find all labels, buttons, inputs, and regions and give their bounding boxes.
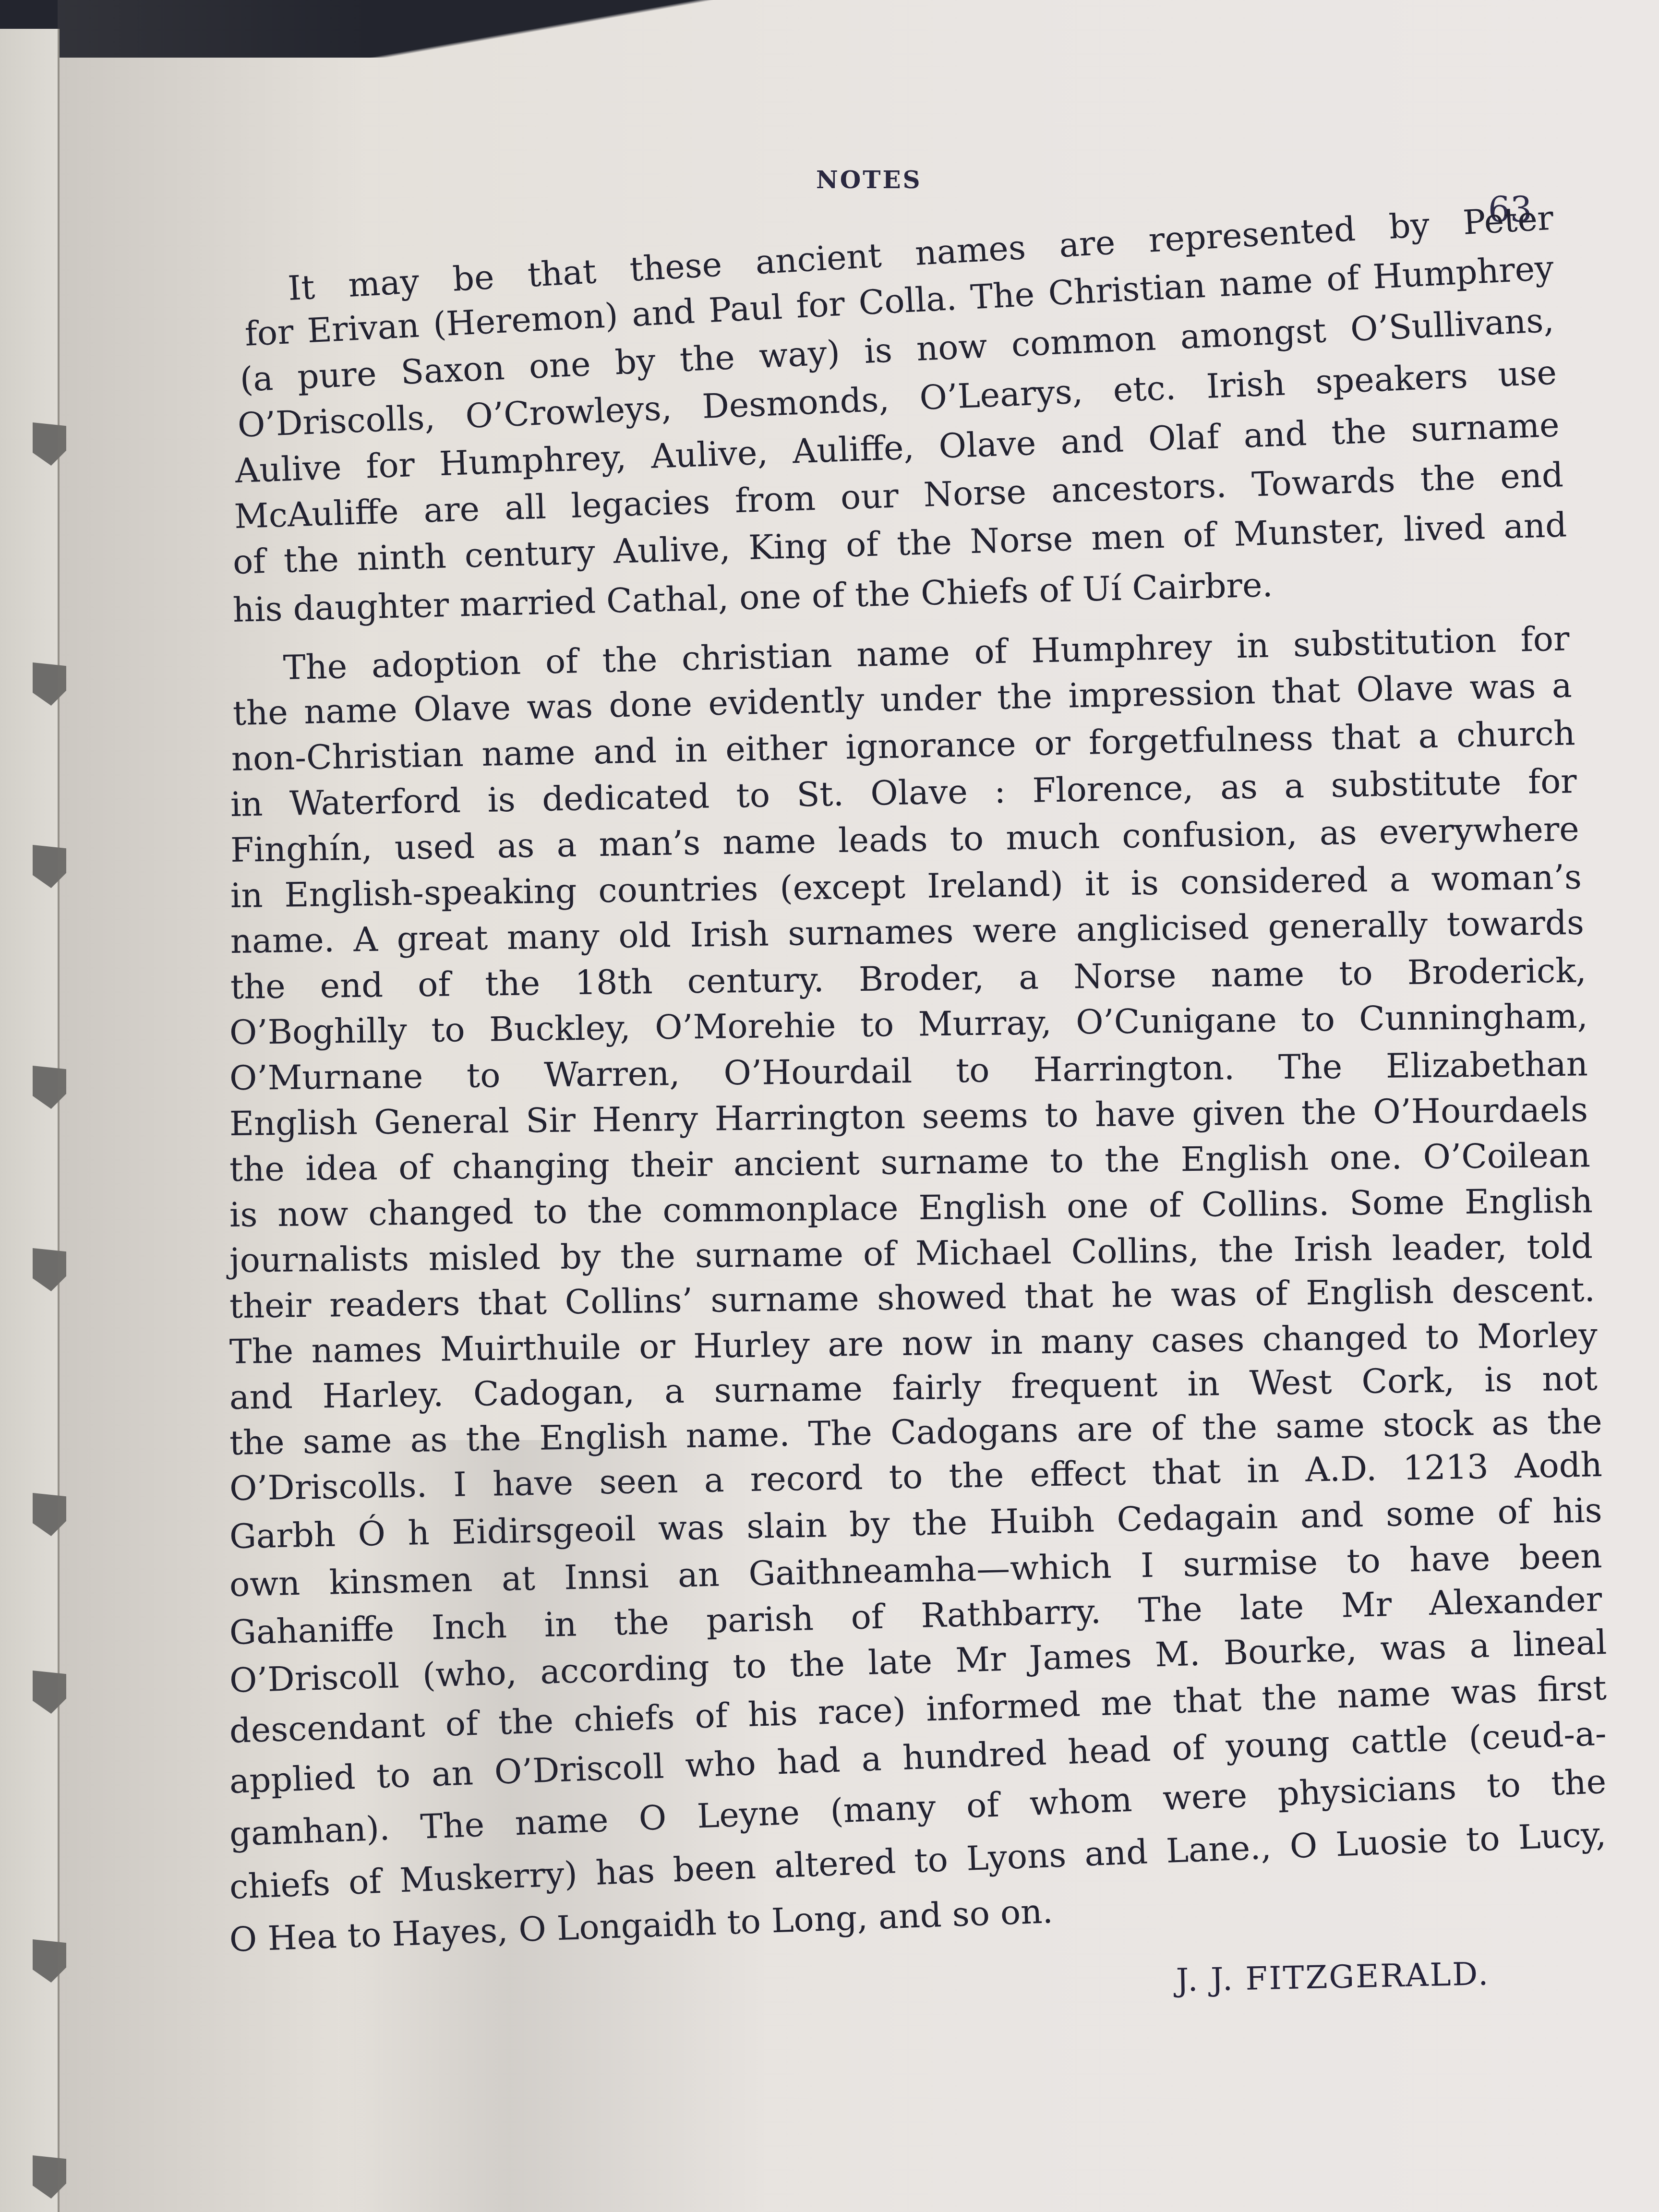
text-line: the idea of changing their ancient surna… [229,1135,1591,1189]
binding-hole-icon [33,662,66,706]
binding-hole-icon [33,422,66,466]
text-line: O’Murnane to Warren, O’Hourdail to Harri… [229,1044,1588,1098]
binding-edge [0,29,60,2212]
binding-hole-icon [33,1671,66,1714]
binding-hole-icon [33,2155,66,2199]
text-line: English General Sir Henry Harrington see… [229,1090,1588,1143]
binding-hole-icon [33,1066,66,1109]
binding-hole-icon [33,1493,66,1536]
book-cover-shadow [0,0,1659,58]
text-line: O’Boghilly to Buckley, O’Morehie to Murr… [229,996,1588,1052]
binding-hole-icon [33,1939,66,1983]
binding-hole-icon [33,845,66,888]
text-line: is now changed to the commonplace Englis… [229,1181,1593,1235]
book-page-photo: NOTES 63 It may be that these ancient na… [0,0,1659,2212]
text-line: the end of the 18th century. Broder, a N… [230,950,1587,1007]
binding-hole-icon [33,1248,66,1291]
author-signature: J. J. FITZGERALD. [1176,1955,1490,1999]
running-head: NOTES [816,166,922,194]
